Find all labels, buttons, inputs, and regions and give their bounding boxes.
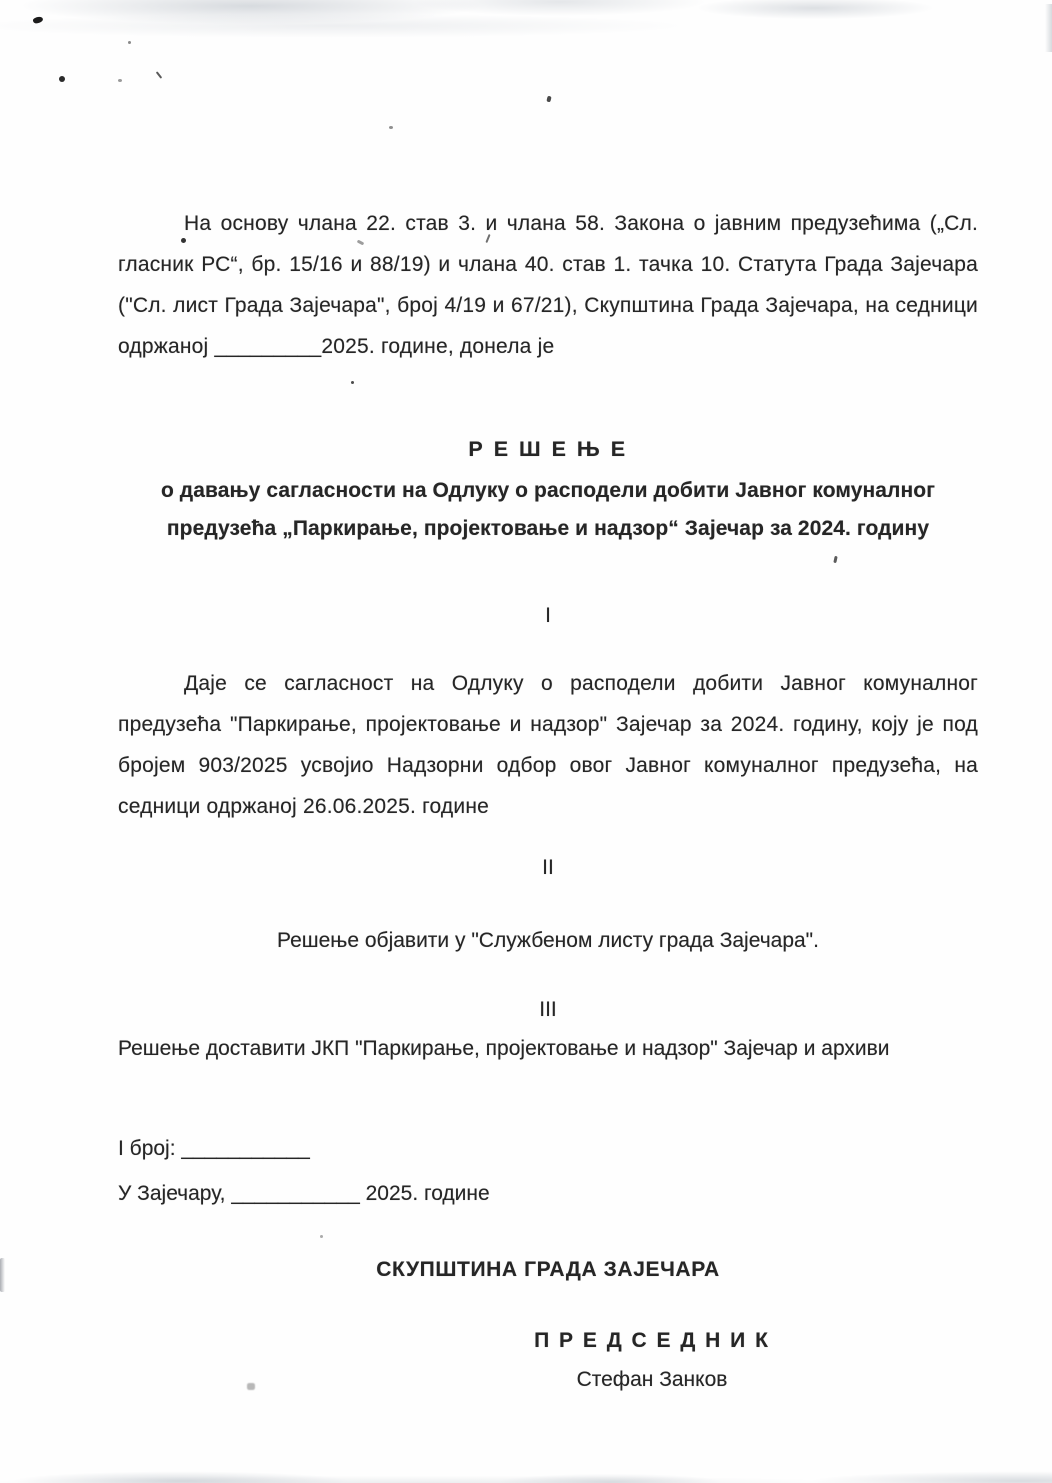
- preamble-paragraph: На основу члана 22. став 3. и члана 58. …: [118, 203, 978, 367]
- president-name: Стефан Занков: [442, 1361, 862, 1399]
- place-date-line: У Зајечару, ___________ 2025. године: [118, 1171, 978, 1216]
- scan-speck: [546, 96, 551, 103]
- scan-speck: [389, 126, 393, 129]
- section-3-text: Решење доставити ЈКП "Паркирање, пројект…: [118, 1028, 978, 1069]
- section-2-text: Решење објавити у "Службеном листу града…: [118, 920, 978, 961]
- issuing-authority: СКУПШТИНА ГРАДА ЗАЈЕЧАРА: [118, 1249, 978, 1290]
- scan-speck: [118, 79, 122, 82]
- section-1-text: Даје се сагласност на Одлуку о расподели…: [118, 663, 978, 827]
- scan-speck: [156, 71, 163, 79]
- document-title: Р Е Ш Е Њ Е: [118, 431, 978, 467]
- scan-smudge-top: [0, 0, 1052, 52]
- section-2: II Решење објавити у "Службеном листу гр…: [118, 850, 978, 961]
- scan-smudge-bottom: [0, 1457, 1052, 1483]
- reference-block: I број: ___________ У Зајечару, ________…: [118, 1126, 978, 1216]
- scan-speck: [59, 76, 65, 82]
- signature-block: П Р Е Д С Е Д Н И К Стефан Занков: [442, 1321, 862, 1399]
- document-content: На основу члана 22. став 3. и члана 58. …: [0, 203, 1052, 1399]
- section-1-numeral: I: [118, 598, 978, 634]
- section-3-numeral: III: [118, 992, 978, 1028]
- scan-speck: [32, 16, 43, 25]
- scan-edge-streak-right: [1045, 4, 1052, 52]
- section-2-numeral: II: [118, 850, 978, 886]
- section-1: I Даје се сагласност на Одлуку о расподе…: [118, 598, 978, 827]
- section-3: III Решење доставити ЈКП "Паркирање, про…: [118, 992, 978, 1069]
- scan-speck: [128, 41, 131, 44]
- document-subtitle: о давању сагласности на Одлуку о расподе…: [118, 472, 978, 548]
- president-title: П Р Е Д С Е Д Н И К: [442, 1321, 862, 1361]
- document-number-line: I број: ___________: [118, 1126, 978, 1171]
- scanned-document-page: На основу члана 22. став 3. и члана 58. …: [0, 0, 1052, 1483]
